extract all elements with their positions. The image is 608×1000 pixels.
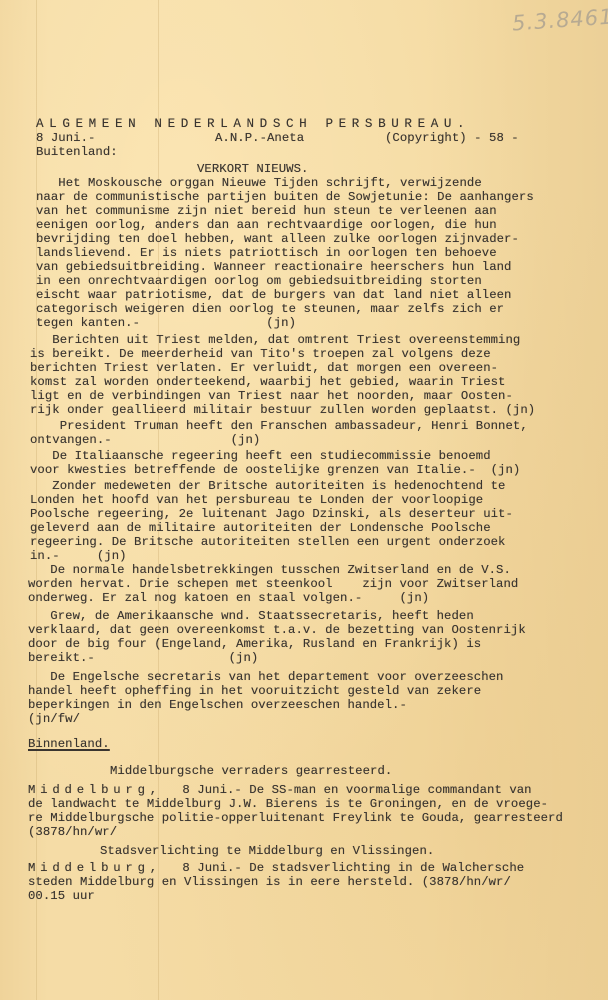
text-line: Berichten uit Triest melden, dat omtrent… bbox=[30, 333, 520, 347]
archive-number-pencil: 5.3.8461 bbox=[511, 4, 608, 35]
agency-name: ALGEMEEN NEDERLANDSCH PERSBUREAU. bbox=[36, 117, 470, 131]
text-line: berichten Triest verlaten. Er verluidt, … bbox=[30, 361, 498, 375]
text-line: 8 Juni.- De stadsverlichting in de Walch… bbox=[175, 861, 524, 875]
section-domestic: Binnenland. bbox=[28, 737, 110, 751]
text-line: Zonder medeweten der Britsche autoriteit… bbox=[30, 479, 505, 493]
text-line: tegen kanten.- (jn) bbox=[36, 316, 296, 330]
agency-short: A.N.P.-Aneta bbox=[215, 131, 304, 145]
text-line: in een onrechtvaardigen oorlog om gebied… bbox=[36, 274, 482, 288]
section-foreign: Buitenland: bbox=[36, 145, 118, 159]
text-line: ligt en de verbindingen van Triest naar … bbox=[30, 389, 513, 403]
text-line: steden Middelburg en Vlissingen is in ee… bbox=[28, 875, 511, 889]
text-line: President Truman heeft den Franschen amb… bbox=[30, 419, 528, 433]
text-line: in.- (jn) bbox=[30, 549, 127, 563]
text-line: door de big four (Engeland, Amerika, Rus… bbox=[28, 637, 481, 651]
text-line: regeering. De Britsche autoriteiten stel… bbox=[30, 535, 505, 549]
text-line: De normale handelsbetrekkingen tusschen … bbox=[28, 563, 511, 577]
text-line: categorisch weigeren dien oorlog te steu… bbox=[36, 302, 504, 316]
text-line: (3878/hn/wr/ bbox=[28, 825, 117, 839]
domestic-headline: Middelburgsche verraders gearresteerd. bbox=[110, 764, 392, 778]
text-line: eenigen oorlog, anders dan aan rechtvaar… bbox=[36, 218, 497, 232]
text-line: Het Moskousche orggan Nieuwe Tijden schr… bbox=[36, 176, 482, 190]
dispatch-date: 8 Juni.- bbox=[36, 131, 95, 145]
copyright-page: (Copyright) - 58 - bbox=[385, 131, 519, 145]
text-line: bevrijding ten doel hebben, want alleen … bbox=[36, 232, 519, 246]
text-line: worden hervat. Drie schepen met steenkoo… bbox=[28, 577, 518, 591]
dateline: Middelburg, bbox=[28, 861, 162, 875]
text-line: (jn/fw/ bbox=[28, 712, 80, 726]
text-line: verklaard, dat geen overeenkomst t.a.v. … bbox=[28, 623, 526, 637]
foreign-title: VERKORT NIEUWS. bbox=[197, 162, 308, 176]
text-line: De Engelsche secretaris van het departem… bbox=[28, 670, 503, 684]
text-line: De Italiaansche regeering heeft een stud… bbox=[30, 449, 491, 463]
text-line: landslievend. Er is niets patriottisch i… bbox=[36, 246, 497, 260]
text-line: Londen het hoofd van het persbureau te L… bbox=[30, 493, 483, 507]
text-line: 8 Juni.- De SS-man en voormalige command… bbox=[175, 783, 532, 797]
text-line: eischt waar patriotisme, dat de burgers … bbox=[36, 288, 511, 302]
text-line: beperkingen in den Engelschen overzeesch… bbox=[28, 698, 407, 712]
text-line: geleverd aan de militaire autoriteiten d… bbox=[30, 521, 491, 535]
text-line: is bereikt. De meerderheid van Tito's tr… bbox=[30, 347, 491, 361]
text-line: komst zal worden onderteekend, waarbij h… bbox=[30, 375, 505, 389]
text-line: 00.15 uur bbox=[28, 889, 95, 903]
text-line: naar de communistische partijen buiten d… bbox=[36, 190, 534, 204]
domestic-headline: Stadsverlichting te Middelburg en Vlissi… bbox=[100, 844, 434, 858]
text-line: van het communisme zijn niet bereid hun … bbox=[36, 204, 497, 218]
text-line: onderweg. Er zal nog katoen en staal vol… bbox=[28, 591, 429, 605]
text-line: Grew, de Amerikaansche wnd. Staatssecret… bbox=[28, 609, 474, 623]
text-line: rijk onder geallieerd militair bestuur z… bbox=[30, 403, 535, 417]
text-line: handel heeft opheffing in het vooruitzic… bbox=[28, 684, 481, 698]
text-line: de landwacht te Middelburg J.W. Bierens … bbox=[28, 797, 548, 811]
text-line: re Middelburgsche politie-opperluitenant… bbox=[28, 811, 563, 825]
text-line: voor kwesties betreffende de oostelijke … bbox=[30, 463, 520, 477]
text-line: bereikt.- (jn) bbox=[28, 651, 258, 665]
text-line: van gebiedsuitbreiding. Wanneer reaction… bbox=[36, 260, 511, 274]
text-line: Poolsche regeering, 2e luitenant Jago Dz… bbox=[30, 507, 513, 521]
dateline: Middelburg, bbox=[28, 783, 162, 797]
text-line: ontvangen.- (jn) bbox=[30, 433, 260, 447]
